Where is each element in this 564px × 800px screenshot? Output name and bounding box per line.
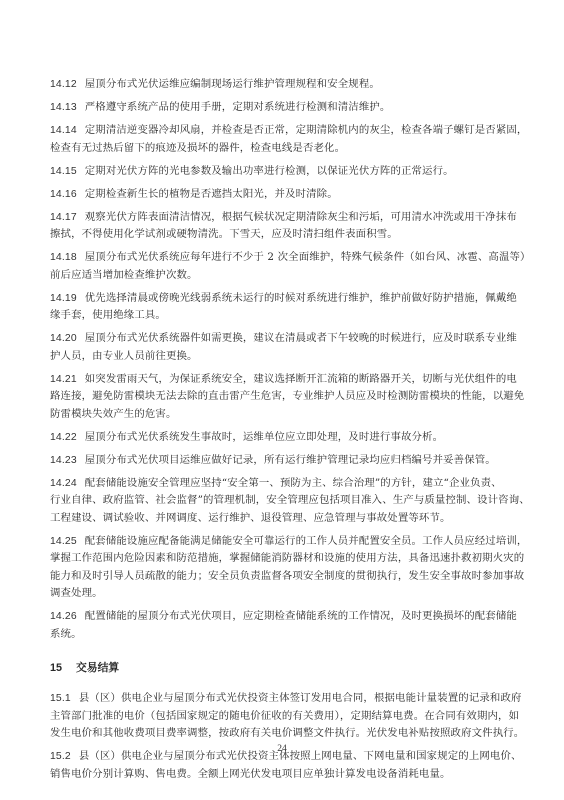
clause-number: 14.21 bbox=[50, 374, 77, 385]
section-number: 15 bbox=[50, 662, 62, 674]
clause-text-line: 14.20屋顶分布式光伏系统器件如需更换，建议在清晨或者下午较晚的时候进行，应及… bbox=[50, 330, 508, 348]
clause-text: 观察光伏方阵表面清洁情况，根据气候状况定期清除灰尘和污垢，可用清水冲洗或用干净抹… bbox=[85, 211, 517, 223]
clause-paragraph: 14.26配置储能的屋顶分布式光伏项目，应定期检查储能系统的工作情况，及时更换损… bbox=[50, 608, 508, 643]
clause-text-line: 14.12屋顶分布式光伏运维应编制现场运行维护管理规程和安全规程。 bbox=[50, 76, 508, 94]
clause-text: 县（区）供电企业与屋顶分布式光伏投资主体签订发用电合同，根据电能计量装置的记录和… bbox=[79, 692, 522, 704]
clause-text-line: 行业自律、政府监管、社会监督”的管理机制，安全管理应包括项目准入、生产与质量控制… bbox=[50, 492, 508, 510]
clause-text: 行业自律、政府监管、社会监督”的管理机制，安全管理应包括项目准入、生产与质量控制… bbox=[50, 494, 530, 506]
clause-paragraph: 15.1县（区）供电企业与屋顶分布式光伏投资主体签订发用电合同，根据电能计量装置… bbox=[50, 690, 508, 743]
clause-text-line: 销售电价分别计算购、售电费。全额上网光伏发电项目应单独计算发电设备消耗电量。 bbox=[50, 766, 508, 784]
clause-text-line: 14.22屋顶分布式光伏系统发生事故时，运维单位应立即处理，及时进行事故分析。 bbox=[50, 429, 508, 447]
clause-text-line: 发生电价和其他收费项目费率调整，按政府有关电价调整文件执行。光伏发电补贴按照政府… bbox=[50, 725, 508, 743]
clause-number: 14.18 bbox=[50, 252, 77, 263]
clause-text-line: 护人员，由专业人员前往更换。 bbox=[50, 348, 508, 366]
clause-text-line: 14.19优先选择清晨或傍晚光线弱系统未运行的时候对系统进行维护，维护前做好防护… bbox=[50, 290, 508, 308]
clause-paragraph: 14.14定期清洁逆变器冷却风扇，并检查是否正常，定期清除机内的灰尘，检查各端子… bbox=[50, 122, 508, 157]
clause-paragraph: 14.15定期对光伏方阵的光电参数及输出功率进行检测，以保证光伏方阵的正常运行。 bbox=[50, 163, 508, 181]
clause-text: 护人员，由专业人员前往更换。 bbox=[50, 350, 198, 362]
clause-text-line: 缘手套，使用绝缘工具。 bbox=[50, 307, 508, 325]
clause-text-line: 防雷模块失效产生的危害。 bbox=[50, 406, 508, 424]
clause-text: 定期对光伏方阵的光电参数及输出功率进行检测，以保证光伏方阵的正常运行。 bbox=[85, 165, 454, 177]
clause-text: 能力和及时引导人员疏散的能力；安全员负责监督各项安全制度的贯彻执行，发生安全事故… bbox=[50, 570, 524, 582]
section-title: 交易结算 bbox=[76, 662, 119, 674]
clause-text: 配置储能的屋顶分布式光伏项目，应定期检查储能系统的工作情况，及时更换损坏的配套储… bbox=[85, 610, 517, 622]
clause-number: 14.12 bbox=[50, 79, 77, 90]
clause-number: 14.19 bbox=[50, 293, 77, 304]
clause-text: 前后应适当增加检查维护次数。 bbox=[50, 269, 198, 281]
clause-number: 15.1 bbox=[50, 693, 71, 704]
clause-text-line: 检查有无过热后留下的痕迹及损坏的器件，检查电线是否老化。 bbox=[50, 140, 508, 158]
clause-text-line: 路连接，避免防雷模块无法去除的直击雷产生危害，专业维护人员应及时检测防雷模块的性… bbox=[50, 388, 508, 406]
clause-text-line: 14.26配置储能的屋顶分布式光伏项目，应定期检查储能系统的工作情况，及时更换损… bbox=[50, 608, 508, 626]
clause-text: 配套储能设施应配备能满足储能安全可靠运行的工作人员并配置安全员。工作人员应经过培… bbox=[85, 535, 528, 547]
clause-text: 系统。 bbox=[50, 628, 82, 640]
clause-text: 严格遵守系统产品的使用手册，定期对系统进行检测和清洁维护。 bbox=[85, 101, 391, 113]
clause-number: 14.24 bbox=[50, 478, 77, 489]
clause-paragraph: 14.22屋顶分布式光伏系统发生事故时，运维单位应立即处理，及时进行事故分析。 bbox=[50, 429, 508, 447]
clause-paragraph: 14.13严格遵守系统产品的使用手册，定期对系统进行检测和清洁维护。 bbox=[50, 99, 508, 117]
clause-text-line: 14.16定期检查新生长的植物是否遮挡太阳光，并及时清除。 bbox=[50, 186, 508, 204]
clause-text-line: 系统。 bbox=[50, 626, 508, 644]
clause-text: 防雷模块失效产生的危害。 bbox=[50, 408, 177, 420]
clause-number: 14.13 bbox=[50, 102, 77, 113]
clause-paragraph: 14.23屋顶分布式光伏项目运维应做好记录，所有运行维护管理记录均应归档编号并妥… bbox=[50, 452, 508, 470]
clause-paragraph: 14.17观察光伏方阵表面清洁情况，根据气候状况定期清除灰尘和污垢，可用清水冲洗… bbox=[50, 209, 508, 244]
clause-number: 14.23 bbox=[50, 455, 77, 466]
clause-number: 14.25 bbox=[50, 536, 77, 547]
clause-paragraph: 14.24配套储能设施安全管理应坚持“安全第一、预防为主、综合治理”的方针，建立… bbox=[50, 475, 508, 528]
clause-text-line: 14.21如突发雷雨天气，为保证系统安全，建议选择断开汇流箱的断路器开关，切断与… bbox=[50, 371, 508, 389]
clause-number: 14.20 bbox=[50, 333, 77, 344]
clause-number: 14.17 bbox=[50, 212, 77, 223]
clause-text-line: 主管部门批准的电价（包括国家规定的随电价征收的有关费用），定期结算电费。在合同有… bbox=[50, 708, 508, 726]
section-heading: 15交易结算 bbox=[50, 660, 508, 677]
clause-text: 工程建设、调试验收、并网调度、运行维护、退役管理、应急管理与事故处置等环节。 bbox=[50, 512, 451, 524]
clause-text-line: 前后应适当增加检查维护次数。 bbox=[50, 267, 508, 285]
document-page: 14.12屋顶分布式光伏运维应编制现场运行维护管理规程和安全规程。14.13严格… bbox=[50, 76, 508, 789]
clause-text: 如突发雷雨天气，为保证系统安全，建议选择断开汇流箱的断路器开关，切断与光伏组件的… bbox=[85, 373, 517, 385]
clause-text: 缘手套，使用绝缘工具。 bbox=[50, 309, 166, 321]
clause-text: 路连接，避免防雷模块无法去除的直击雷产生危害，专业维护人员应及时检测防雷模块的性… bbox=[50, 390, 524, 402]
clause-text: 销售电价分别计算购、售电费。全额上网光伏发电项目应单独计算发电设备消耗电量。 bbox=[50, 768, 451, 780]
clause-text: 定期检查新生长的植物是否遮挡太阳光，并及时清除。 bbox=[85, 188, 338, 200]
clause-text-line: 擦拭，不得使用化学试剂或硬物清洗。下雪天，应及时清扫组件表面积雪。 bbox=[50, 226, 508, 244]
clause-number: 14.15 bbox=[50, 166, 77, 177]
clause-paragraph: 14.16定期检查新生长的植物是否遮挡太阳光，并及时清除。 bbox=[50, 186, 508, 204]
clause-text: 调查处理。 bbox=[50, 587, 103, 599]
clause-text-line: 14.14定期清洁逆变器冷却风扇，并检查是否正常，定期清除机内的灰尘，检查各端子… bbox=[50, 122, 508, 140]
clause-text: 发生电价和其他收费项目费率调整，按政府有关电价调整文件执行。光伏发电补贴按照政府… bbox=[50, 727, 524, 739]
clause-text-line: 14.25配套储能设施应配备能满足储能安全可靠运行的工作人员并配置安全员。工作人… bbox=[50, 533, 508, 551]
clause-text: 检查有无过热后留下的痕迹及损坏的器件，检查电线是否老化。 bbox=[50, 142, 345, 154]
clause-text-line: 调查处理。 bbox=[50, 585, 508, 603]
clause-paragraph: 14.18屋顶分布式光伏系统应每年进行不少于 2 次全面维护，特殊气候条件（如台… bbox=[50, 249, 508, 284]
clause-paragraph: 14.12屋顶分布式光伏运维应编制现场运行维护管理规程和安全规程。 bbox=[50, 76, 508, 94]
clause-paragraph: 14.19优先选择清晨或傍晚光线弱系统未运行的时候对系统进行维护，维护前做好防护… bbox=[50, 290, 508, 325]
clause-text-line: 14.23屋顶分布式光伏项目运维应做好记录，所有运行维护管理记录均应归档编号并妥… bbox=[50, 452, 508, 470]
clause-text: 掌握工作范围内危险因素和防范措施，掌握储能消防器材和设施的使用方法，具备迅速扑救… bbox=[50, 552, 524, 564]
clause-text-line: 15.1县（区）供电企业与屋顶分布式光伏投资主体签订发用电合同，根据电能计量装置… bbox=[50, 690, 508, 708]
clause-number: 14.26 bbox=[50, 611, 77, 622]
clause-text-line: 工程建设、调试验收、并网调度、运行维护、退役管理、应急管理与事故处置等环节。 bbox=[50, 510, 508, 528]
clause-text: 擦拭，不得使用化学试剂或硬物清洗。下雪天，应及时清扫组件表面积雪。 bbox=[50, 228, 398, 240]
clause-text-line: 14.24配套储能设施安全管理应坚持“安全第一、预防为主、综合治理”的方针，建立… bbox=[50, 475, 508, 493]
clause-paragraph: 14.21如突发雷雨天气，为保证系统安全，建议选择断开汇流箱的断路器开关，切断与… bbox=[50, 371, 508, 424]
clause-text-line: 14.17观察光伏方阵表面清洁情况，根据气候状况定期清除灰尘和污垢，可用清水冲洗… bbox=[50, 209, 508, 227]
clause-number: 14.14 bbox=[50, 125, 77, 136]
clause-text-line: 14.15定期对光伏方阵的光电参数及输出功率进行检测，以保证光伏方阵的正常运行。 bbox=[50, 163, 508, 181]
clause-text: 屋顶分布式光伏系统发生事故时，运维单位应立即处理，及时进行事故分析。 bbox=[85, 431, 443, 443]
clause-text-line: 14.18屋顶分布式光伏系统应每年进行不少于 2 次全面维护，特殊气候条件（如台… bbox=[50, 249, 508, 267]
clause-paragraph: 14.25配套储能设施应配备能满足储能安全可靠运行的工作人员并配置安全员。工作人… bbox=[50, 533, 508, 603]
page-number: 24 bbox=[0, 744, 564, 754]
clause-number: 14.22 bbox=[50, 432, 77, 443]
clause-text: 屋顶分布式光伏系统器件如需更换，建议在清晨或者下午较晚的时候进行，应及时联系专业… bbox=[85, 332, 517, 344]
clause-text: 主管部门批准的电价（包括国家规定的随电价征收的有关费用），定期结算电费。在合同有… bbox=[50, 710, 519, 722]
clause-text-line: 掌握工作范围内危险因素和防范措施，掌握储能消防器材和设施的使用方法，具备迅速扑救… bbox=[50, 550, 508, 568]
clause-text: 屋顶分布式光伏运维应编制现场运行维护管理规程和安全规程。 bbox=[85, 78, 380, 90]
clause-paragraph: 14.20屋顶分布式光伏系统器件如需更换，建议在清晨或者下午较晚的时候进行，应及… bbox=[50, 330, 508, 365]
clause-text: 定期清洁逆变器冷却风扇，并检查是否正常，定期清除机内的灰尘，检查各端子螺钉是否紧… bbox=[85, 124, 528, 136]
clause-text: 优先选择清晨或傍晚光线弱系统未运行的时候对系统进行维护，维护前做好防护措施，佩戴… bbox=[85, 292, 517, 304]
clause-text-line: 能力和及时引导人员疏散的能力；安全员负责监督各项安全制度的贯彻执行，发生安全事故… bbox=[50, 568, 508, 586]
clause-number: 14.16 bbox=[50, 189, 77, 200]
clause-text: 配套储能设施安全管理应坚持“安全第一、预防为主、综合治理”的方针，建立“企业负责… bbox=[85, 477, 502, 489]
clause-text-line: 14.13严格遵守系统产品的使用手册，定期对系统进行检测和清洁维护。 bbox=[50, 99, 508, 117]
clause-text: 屋顶分布式光伏项目运维应做好记录，所有运行维护管理记录均应归档编号并妥善保管。 bbox=[85, 454, 496, 466]
clause-text: 屋顶分布式光伏系统应每年进行不少于 2 次全面维护，特殊气候条件（如台风、冰雹、… bbox=[85, 251, 531, 263]
